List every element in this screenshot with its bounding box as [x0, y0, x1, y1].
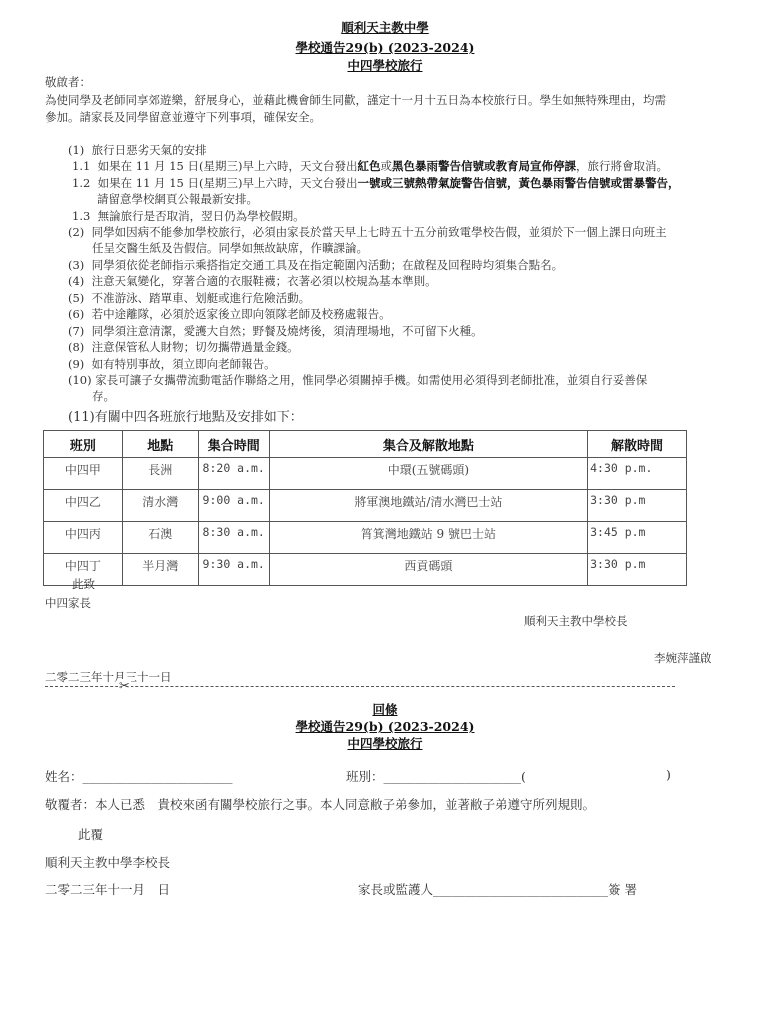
- sender-name: 李婉萍謹啟: [654, 650, 712, 666]
- salutation: 敬啟者：: [45, 74, 91, 90]
- student-name-field[interactable]: 姓名：________________________: [45, 767, 233, 785]
- col-assembly-time: 集合時間: [198, 431, 269, 458]
- table-row: 中四甲 長洲 8:20 a.m. 中環(五號碼頭) 4:30 p.m.: [44, 458, 687, 490]
- intro-line-1: 為使同學及老師同享郊遊樂，舒展身心，並藉此機會師生同歡，謹定十一月十五日為本校旅…: [45, 92, 666, 108]
- notice-number: 學校通告29(b) (2023-2024): [0, 38, 770, 56]
- rule-9: (9) 如有特別事故，須立即向老師報告。: [68, 356, 276, 372]
- rule-3: (3) 同學須依從老師指示乘搭指定交通工具及在指定範圍內活動；在啟程及回程時均須…: [68, 257, 563, 273]
- notice-subject: 中四學校旅行: [0, 56, 770, 74]
- guardian-signature-field[interactable]: 家長或監護人____________________________簽 署: [358, 880, 637, 898]
- col-location: 地點: [122, 431, 198, 458]
- reply-subject: 中四學校旅行: [0, 734, 770, 752]
- school-name: 順利天主教中學: [0, 18, 770, 36]
- rule-1-2-line2: 請留意學校網頁公報最新安排。: [97, 191, 258, 207]
- reply-date: 二零二三年十一月 日: [45, 880, 170, 898]
- table-row: 中四丁 半月灣 9:30 a.m. 西貢碼頭 3:30 p.m: [44, 554, 687, 586]
- closing-to: 此致: [72, 576, 95, 592]
- sender-title: 順利天主教中學校長: [524, 613, 628, 629]
- rule-10-line2: 存。: [92, 388, 115, 404]
- rule-7: (7) 同學須注意清潔，愛護大自然；野餐及燒烤後，須清理場地，不可留下火種。: [68, 323, 483, 339]
- class-number-close: ): [666, 767, 671, 782]
- trip-schedule-table: 班別 地點 集合時間 集合及解散地點 解散時間 中四甲 長洲 8:20 a.m.…: [43, 430, 687, 586]
- class-field[interactable]: 班別：______________________(: [346, 767, 526, 785]
- col-class: 班別: [44, 431, 123, 458]
- table-header-row: 班別 地點 集合時間 集合及解散地點 解散時間: [44, 431, 687, 458]
- table-row: 中四乙 清水灣 9:00 a.m. 將軍澳地鐵站/清水灣巴士站 3:30 p.m: [44, 490, 687, 522]
- rule-2: (2) 同學如因病不能參加學校旅行，必須由家長於當天早上七時五十五分前致電學校告…: [68, 224, 667, 240]
- col-assembly-place: 集合及解散地點: [269, 431, 587, 458]
- rule-1-1: 1.1 如果在 11 月 15 日(星期三)早上六時，天文台發出紅色或黑色暴雨警…: [72, 158, 668, 174]
- cut-line: [45, 686, 675, 697]
- notice-date: 二零二三年十月三十一日: [45, 669, 172, 685]
- closing-recipient: 中四家長: [45, 595, 91, 611]
- table-row: 中四丙 石澳 8:30 a.m. 筲箕灣地鐵站 9 號巴士站 3:45 p.m: [44, 522, 687, 554]
- scissors-icon: ✂: [118, 679, 131, 694]
- rule-6: (6) 若中途離隊，必須於返家後立即向領隊老師及校務處報告。: [68, 306, 391, 322]
- rule-8: (8) 注意保管私人財物；切勿攜帶過量金錢。: [68, 339, 299, 355]
- rule-2-line2: 任呈交醫生紙及告假信。同學如無故缺席，作曠課論。: [92, 240, 368, 256]
- reply-addressee: 順利天主教中學李校長: [45, 853, 170, 871]
- reply-to: 此覆: [78, 825, 103, 843]
- reply-statement: 敬覆者：本人已悉 貴校來函有關學校旅行之事。本人同意敝子弟參加，並著敝子弟遵守所…: [45, 795, 595, 813]
- intro-line-2: 參加。請家長及同學留意並遵守下列事項，確保安全。: [45, 109, 321, 125]
- rule-1-3: 1.3 無論旅行是否取消，翌日仍為學校假期。: [72, 208, 305, 224]
- reply-title: 回條: [0, 700, 770, 718]
- rule-5: (5) 不准游泳、踏單車、划艇或進行危險活動。: [68, 290, 310, 306]
- col-dismiss-time: 解散時間: [588, 431, 687, 458]
- rule-11: (11)有關中四各班旅行地點及安排如下：: [68, 406, 303, 425]
- rule-10: (10) 家長可讓子女攜帶流動電話作聯絡之用，惟同學必須關掉手機。如需使用必須得…: [68, 372, 647, 388]
- rule-1-2: 1.2 如果在 11 月 15 日(星期三)早上六時，天文台發出一號或三號熱帶氣…: [72, 175, 679, 191]
- rule-1: (1) 旅行日惡劣天氣的安排: [68, 142, 207, 158]
- rule-4: (4) 注意天氣變化，穿著合適的衣服鞋襪；衣著必須以校規為基本準則。: [68, 273, 437, 289]
- reply-notice-number: 學校通告29(b) (2023-2024): [0, 717, 770, 735]
